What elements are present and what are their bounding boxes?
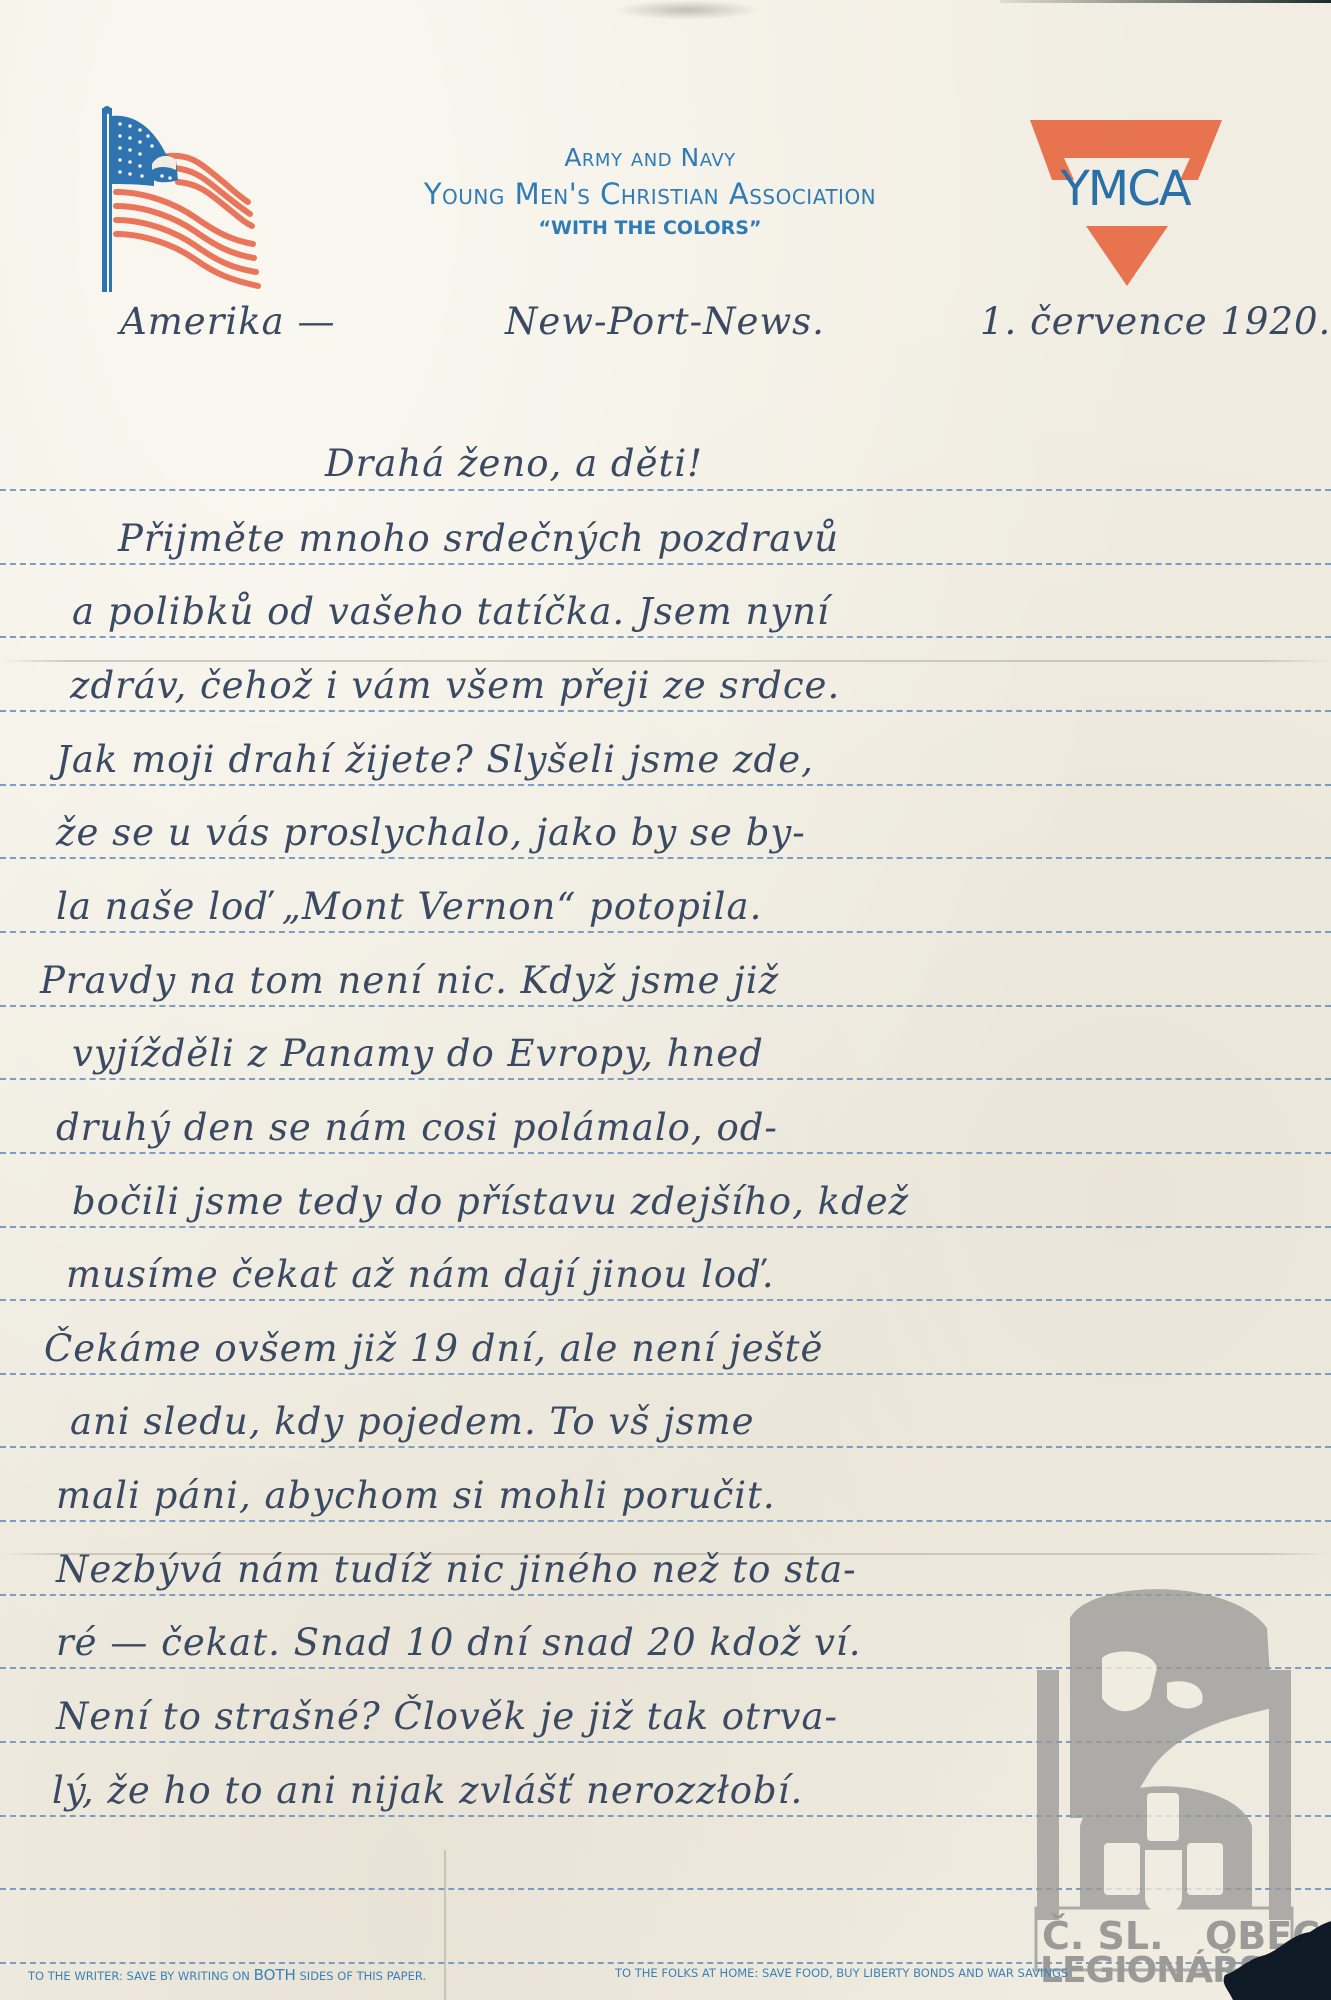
letterhead-line-2: Young Men's Christian Association [300, 180, 1000, 209]
paper-stain [615, 0, 760, 20]
letter-salutation: Drahá ženo, a děti! [325, 442, 703, 485]
torn-corner [1195, 1920, 1331, 2000]
letter-place: Amerika — [120, 300, 335, 343]
letterhead-footer: TO THE WRITER: SAVE BY WRITING ON BOTH S… [28, 1966, 1328, 1984]
letterhead-motto: “WITH THE COLORS” [300, 219, 1000, 238]
footer-left-prefix: TO THE WRITER: SAVE BY WRITING ON [28, 1969, 254, 1983]
footer-left-suffix: SIDES OF THIS PAPER. [296, 1969, 426, 1983]
fold-crease [0, 660, 1331, 662]
letter-line: druhý den se nám cosi polámalo, od- [56, 1106, 778, 1149]
letter-line: ré — čekat. Snad 10 dní snad 20 kdož ví. [56, 1621, 862, 1664]
footer-left-emphasis: BOTH [254, 1966, 296, 1984]
letter-line: Jak moji drahí žijete? Slyšeli jsme zde, [56, 738, 814, 781]
letterhead-line-1: Army and Navy [300, 145, 1000, 170]
letter-line: mali páni, abychom si mohli poručit. [56, 1474, 776, 1517]
ruled-line [0, 1373, 1331, 1375]
letter-line: musíme čekat až nám dají jinou loď. [66, 1253, 775, 1296]
letter-line: bočili jsme tedy do přístavu zdejšího, k… [72, 1180, 909, 1223]
ymca-logo-text: YMCA [1045, 165, 1205, 213]
ruled-line [0, 489, 1331, 491]
letter-line: Čekáme ovšem již 19 dní, ale není ještě [44, 1327, 823, 1370]
ruled-line [0, 857, 1331, 859]
letter-city: New-Port-News. [505, 300, 825, 343]
ruled-line [0, 563, 1331, 565]
ruled-line [0, 710, 1331, 712]
letter-line: že se u vás proslychalo, jako by se by- [56, 811, 806, 854]
letter-date: 1. července 1920. [980, 300, 1331, 343]
letter-line: vyjížděli z Panamy do Evropy, hned [72, 1032, 764, 1075]
letter-line: Pravdy na tom není nic. Když jsme již [40, 959, 779, 1002]
ruled-line [0, 636, 1331, 638]
ruled-line [0, 1226, 1331, 1228]
footer-left: TO THE WRITER: SAVE BY WRITING ON BOTH S… [28, 1969, 426, 1983]
letter-line: lý, že ho to ani nijak zvlášť nerozzłobí… [52, 1769, 803, 1812]
scan-edge [1000, 0, 1331, 3]
letter-line: Nezbývá nám tudíž nic jiného než to sta- [56, 1548, 857, 1591]
letter-line: a polibků od vašeho tatíčka. Jsem nyní [72, 590, 830, 633]
ruled-line [0, 1152, 1331, 1154]
ruled-line [0, 1299, 1331, 1301]
letter-line: Není to strašné? Člověk je již tak otrva… [56, 1695, 838, 1738]
letter-line: la naše loď „Mont Vernon“ potopila. [56, 885, 762, 928]
ruled-line [0, 1446, 1331, 1448]
letter-line: zdráv, čehož i vám všem přeji ze srdce. [70, 664, 840, 707]
letter-line: ani sledu, kdy pojedem. To vš jsme [70, 1400, 754, 1443]
ruled-line [0, 1078, 1331, 1080]
letter-line: Přijměte mnoho srdečných pozdravů [118, 517, 839, 560]
ruled-line [0, 931, 1331, 933]
american-flag-icon [96, 104, 266, 296]
ruled-line [0, 1520, 1331, 1522]
ruled-line [0, 784, 1331, 786]
ruled-line [0, 1005, 1331, 1007]
footer-right: TO THE FOLKS AT HOME: SAVE FOOD, BUY LIB… [615, 1966, 1068, 1980]
letterhead: Army and Navy Young Men's Christian Asso… [300, 140, 1000, 238]
